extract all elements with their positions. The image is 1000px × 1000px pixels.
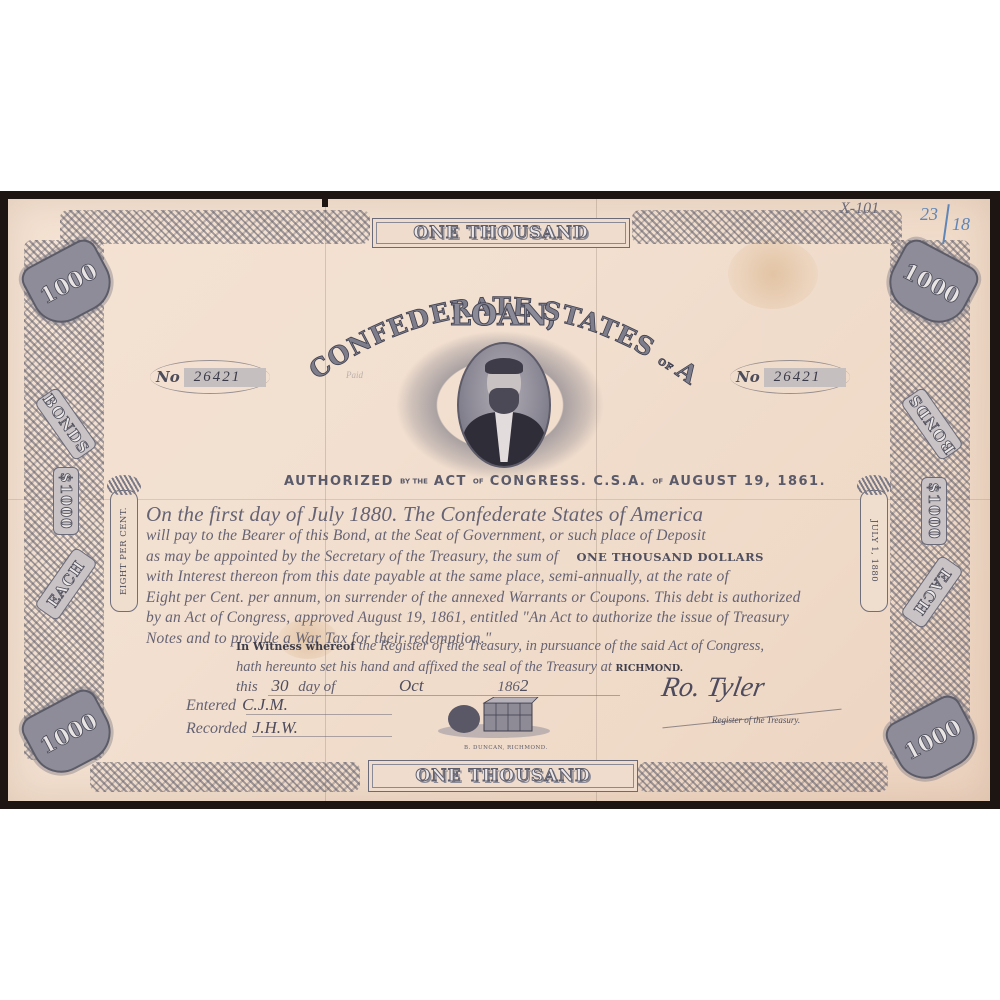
body-line: On the first day of July 1880. The Confe… (146, 502, 858, 526)
paper-tear (508, 801, 638, 809)
issue-day: 30 (271, 676, 288, 695)
serial-number-left: No 26421 (150, 360, 270, 394)
sum-amount: ONE THOUSAND DOLLARS (577, 550, 764, 564)
footer-denomination-text: ONE THOUSAND (415, 766, 590, 786)
entered-rule (246, 714, 392, 715)
portrait-vignette (395, 330, 605, 480)
border-foliage-top-left (60, 210, 370, 244)
maturity-date-scroll: JULY 1, 1880 (860, 490, 888, 612)
register-label: Register of the Treasury. (712, 715, 800, 725)
age-stain (728, 239, 818, 309)
issue-year-suffix: 2 (520, 676, 529, 695)
register-signature: Ro. Tyler (659, 672, 767, 704)
date-rule (268, 695, 620, 696)
serial-number-right: No 26421 (730, 360, 850, 394)
authorized-line: AUTHORIZED BY THE ACT OF CONGRESS. C.S.A… (284, 474, 724, 489)
border-foliage-bottom-right (638, 762, 888, 792)
ribbon-amount-left: $1000 (53, 467, 79, 535)
issue-month: Oct (399, 676, 424, 695)
ribbon-amount-right: $1000 (921, 477, 947, 545)
blue-pencil-note-b: 18 (952, 214, 970, 235)
witness-intro: In Witness whereof (236, 640, 355, 653)
paper-tear (322, 199, 328, 207)
header-denomination-panel: ONE THOUSAND (372, 218, 630, 248)
issue-date-line: this 30 day of Oct 1862 (236, 676, 626, 696)
blue-pencil-note-a: 23 (920, 204, 938, 225)
interest-rate-scroll: EIGHT PER CENT. (110, 490, 138, 612)
recorded-initials: J.H.W. (253, 718, 298, 737)
footer-denomination-panel: ONE THOUSAND (368, 760, 638, 792)
body-line: with Interest thereon from this date pay… (146, 567, 858, 588)
header-denomination-text: ONE THOUSAND (413, 223, 588, 243)
pencil-note-catalog: X-101 (840, 200, 879, 218)
body-line: as may be appointed by the Secretary of … (146, 547, 858, 568)
body-line: will pay to the Bearer of this Bond, at … (146, 526, 858, 547)
treasury-chest-vignette (434, 697, 554, 739)
fold-line (8, 499, 990, 500)
loan-title: LOAN, (450, 298, 550, 333)
body-line: by an Act of Congress, approved August 1… (146, 608, 858, 629)
portrait-oval (457, 342, 551, 468)
faint-pencil-note: Paid (346, 370, 363, 380)
border-foliage-bottom-left (90, 762, 360, 792)
printer-imprint: B. DUNCAN, RICHMOND. (464, 745, 548, 751)
entered-recorded-block: EnteredC.J.M. RecordedJ.H.W. (186, 694, 298, 740)
bond-body-text: On the first day of July 1880. The Confe… (146, 502, 858, 649)
body-line: Eight per Cent. per annum, on surrender … (146, 588, 858, 609)
recorded-rule (252, 736, 392, 737)
entered-initials: C.J.M. (242, 695, 288, 714)
